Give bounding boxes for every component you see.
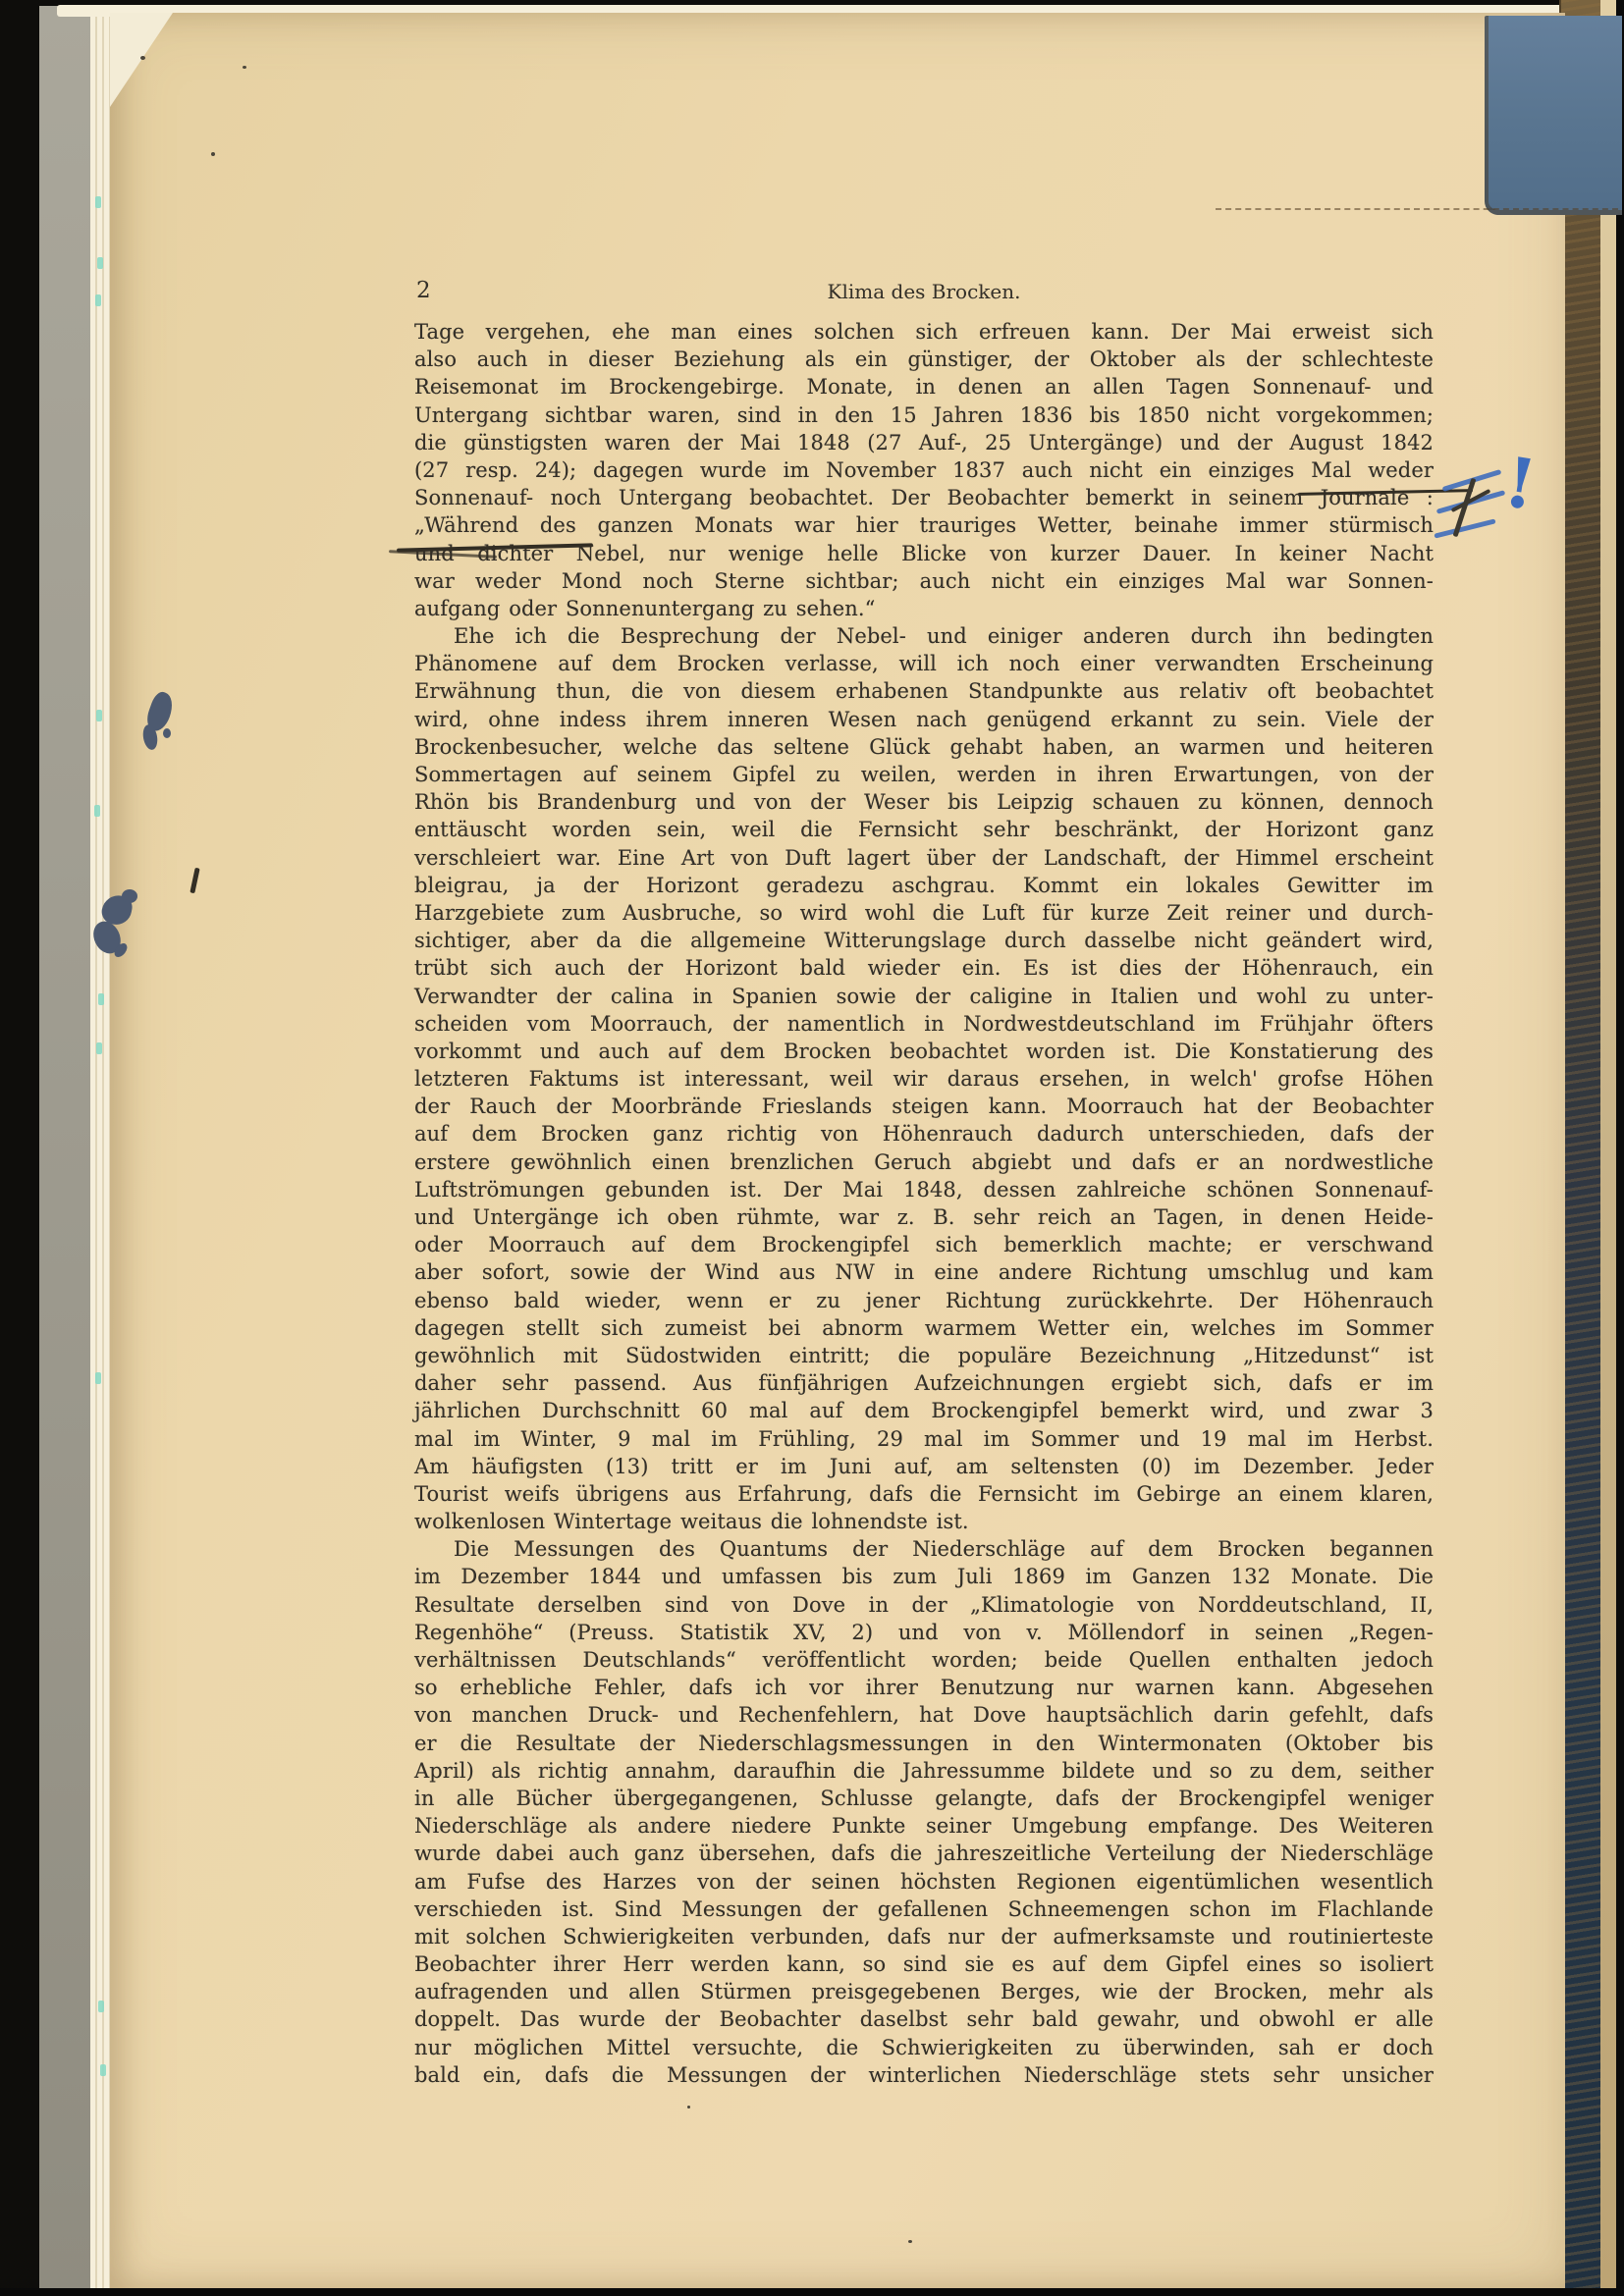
text-line: jährlichen Durchschnitt 60 mal auf dem B… [414,1397,1434,1424]
text-line: Regenhöhe“ (Preuss. Statistik XV, 2) und… [414,1619,1434,1646]
text-line: am Fufse des Harzes von der seinen höchs… [414,1868,1434,1896]
binding-band-right [1559,0,1602,2296]
text-line: doppelt. Das wurde der Beobachter daselb… [414,2005,1434,2033]
text-line: er die Resultate der Niederschlagsmessun… [414,1730,1434,1757]
book-block-edge [39,6,92,2293]
text-line: wurde dabei auch ganz übersehen, dafs di… [414,1840,1434,1867]
cover-blue-patch [1485,16,1622,215]
running-title: Klima des Brocken. [414,280,1434,303]
edge-speck [96,1042,102,1054]
edge-speck [95,294,101,306]
text-line: ebenso bald wieder, wenn er zu jener Ric… [414,1287,1434,1314]
text-line: Niederschläge als andere niedere Punkte … [414,1812,1434,1840]
text-line: Sommertagen auf seinem Gipfel zu weilen,… [414,761,1434,788]
scan-edge-right [1616,0,1624,2296]
text-line: trübt sich auch der Horizont bald wieder… [414,954,1434,982]
text-line: Erwähnung thun, die von diesem erhabenen… [414,677,1434,705]
ink-blot-upper-3 [163,728,171,738]
text-line: von manchen Druck- und Rechenfehlern, ha… [414,1701,1434,1729]
text-line: also auch in dieser Beziehung als ein gü… [414,346,1434,373]
text-line: die günstigsten waren der Mai 1848 (27 A… [414,429,1434,456]
edge-speck [100,2064,106,2076]
text-line: scheiden vom Moorrauch, der namentlich i… [414,1010,1434,1038]
text-line: dagegen stellt sich zumeist bei abnorm w… [414,1314,1434,1342]
text-line: Untergang sichtbar waren, sind in den 15… [414,401,1434,429]
text-line: „Während des ganzen Monats war hier trau… [414,511,1434,539]
text-line: erstere gewöhnlich einen brenzlichen Ger… [414,1148,1434,1176]
text-line: war weder Mond noch Sterne sichtbar; auc… [414,567,1434,595]
text-line: bald ein, dafs die Messungen der winterl… [414,2061,1434,2089]
text-line: Sonnenauf- noch Untergang beobachtet. De… [414,484,1434,511]
text-line: Tage vergehen, ehe man eines solchen sic… [414,318,1434,346]
text-line: Ehe ich die Besprechung der Nebel- und e… [414,622,1434,650]
text-line: verschleiert war. Eine Art von Duft lage… [414,844,1434,872]
text-line: gewöhnlich mit Südostwiden eintritt; die… [414,1342,1434,1369]
text-line: daher sehr passend. Aus fünfjährigen Auf… [414,1369,1434,1397]
paper-speck [140,56,145,60]
text-line: wird, ohne indess ihrem inneren Wesen na… [414,706,1434,733]
text-line: der Rauch der Moorbrände Frieslands stei… [414,1093,1434,1120]
text-line: im Dezember 1844 und umfassen bis zum Ju… [414,1563,1434,1590]
paper-speck [526,1163,529,1166]
edge-speck [94,805,100,817]
text-line: Tourist weifs übrigens aus Erfahrung, da… [414,1480,1434,1508]
text-line: Rhön bis Brandenburg und von der Weser b… [414,788,1434,816]
text-line: Verwandter der calina in Spanien sowie d… [414,983,1434,1010]
text-line: Reisemonat im Brockengebirge. Monate, in… [414,373,1434,400]
edge-speck [95,196,101,208]
text-block-lines: Tage vergehen, ehe man eines solchen sic… [414,318,1434,2089]
text-line: Brockenbesucher, welche das seltene Glüc… [414,733,1434,761]
text-line: aufragenden und allen Stürmen preisgegeb… [414,1978,1434,2005]
text-line: enttäuscht worden sein, weil die Fernsic… [414,816,1434,843]
text-line: Am häufigsten (13) tritt er im Juni auf,… [414,1453,1434,1480]
cover-edge-dashed-line [1216,208,1618,210]
paper-speck [908,2240,912,2243]
text-line: Phänomene auf dem Brocken verlasse, will… [414,650,1434,677]
book-scan: 2 Klima des Brocken. Tage vergehen, ehe … [0,0,1624,2296]
text-line: Harzgebiete zum Ausbruche, so wird wohl … [414,899,1434,927]
paper-speck [687,2106,690,2109]
text-line: April) als richtig annahm, daraufhin die… [414,1757,1434,1785]
text-line: Die Messungen des Quantums der Niedersch… [414,1535,1434,1563]
text-line: aufgang oder Sonnenuntergang zu sehen.“ [414,595,1434,622]
text-line: wolkenlosen Wintertage weitaus die lohne… [414,1508,1434,1535]
ink-blot-lower-3 [122,889,137,903]
text-line: aber sofort, sowie der Wind aus NW in ei… [414,1258,1434,1286]
edge-speck [96,710,102,721]
edge-speck [98,2001,104,2012]
text-line: so erhebliche Fehler, dafs ich vor ihrer… [414,1674,1434,1701]
text-line: Beobachter ihrer Herr werden kann, so si… [414,1950,1434,1978]
text-line: verschieden ist. Sind Messungen der gefa… [414,1896,1434,1923]
text-line: bleigrau, ja der Horizont geradezu aschg… [414,872,1434,899]
text-line: auf dem Brocken ganz richtig von Höhenra… [414,1120,1434,1148]
paper-speck [243,66,246,69]
edge-speck [95,1372,101,1384]
text-line: in alle Bücher übergegangenen, Schlusse … [414,1785,1434,1812]
text-line: mit solchen Schwierigkeiten verbunden, d… [414,1923,1434,1950]
text-line: und Untergänge ich oben rühmte, war z. B… [414,1203,1434,1231]
text-line: mal im Winter, 9 mal im Frühling, 29 mal… [414,1425,1434,1453]
paper-speck [211,152,215,156]
text-line: letzteren Faktums ist interessant, weil … [414,1065,1434,1093]
edge-speck [98,993,104,1005]
text-line: (27 resp. 24); dagegen wurde im November… [414,456,1434,484]
text-line: verhältnissen Deutschlands“ veröffentlic… [414,1646,1434,1674]
text-line: Luftströmungen gebunden ist. Der Mai 184… [414,1176,1434,1203]
edge-speck [97,257,103,269]
text-line: vorkommt und auch auf dem Brocken beobac… [414,1038,1434,1065]
page-header: 2 Klima des Brocken. [414,278,1434,309]
text-line: Resultate derselben sind von Dove in der… [414,1591,1434,1619]
page-edge-strip-right [1600,0,1616,2296]
scan-edge-bottom [0,2288,1624,2296]
text-line: oder Moorrauch auf dem Brockengipfel sic… [414,1231,1434,1258]
text-line: sichtiger, aber da die allgemeine Witter… [414,927,1434,954]
text-line: nur möglichen Mittel versuchte, die Schw… [414,2034,1434,2061]
